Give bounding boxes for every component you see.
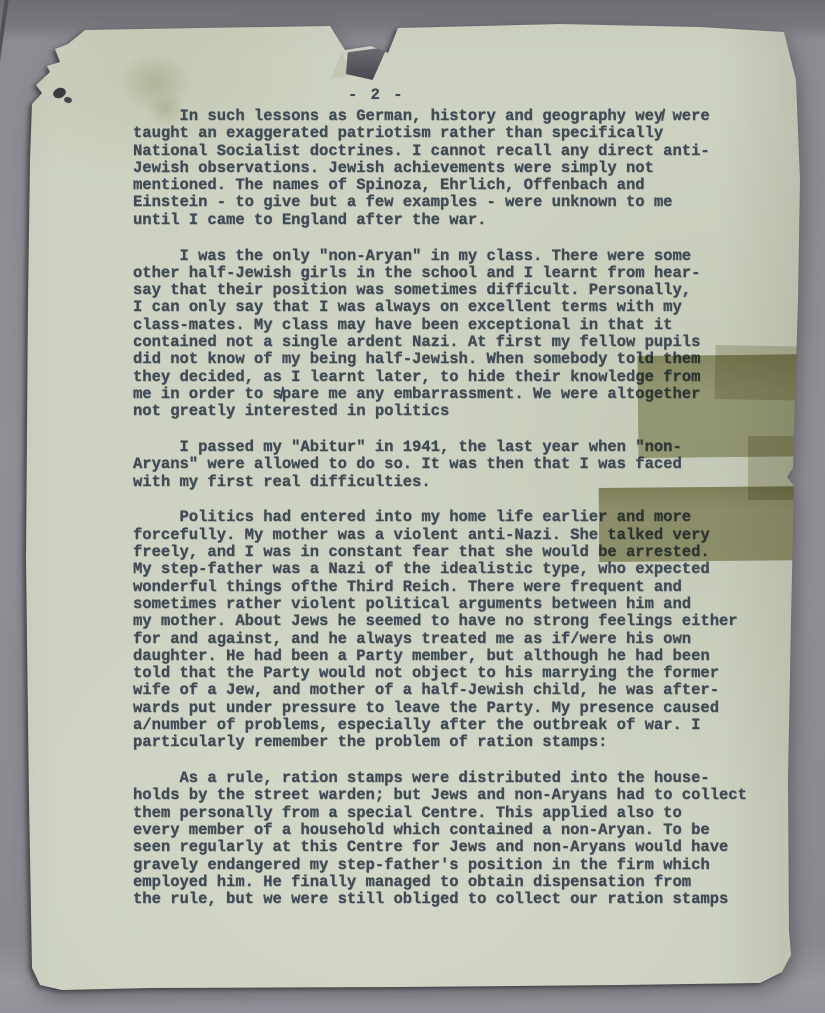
corner-tear-hole [63,96,72,104]
paper-sheet: - 2 - In such lessons as German, history… [0,0,825,1013]
paragraph-abitur-1941: I passed my "Abitur" in 1941, the last y… [133,439,807,491]
paragraph-home-politics: Politics had entered into my home life e… [133,509,807,751]
typewritten-body: In such lessons as German, history and g… [133,108,807,927]
page-number: - 2 - [348,86,405,104]
stain-mark [118,52,193,114]
top-center-tear-icon [346,47,389,80]
document-page: - 2 - In such lessons as German, history… [0,0,825,1013]
paragraph-ration-stamps: As a rule, ration stamps were distribute… [133,770,807,908]
photo-backdrop: - 2 - In such lessons as German, history… [0,0,825,1013]
paragraph-only-non-aryan: I was the only "non-Aryan" in my class. … [133,248,807,421]
paragraph-school-lessons: In such lessons as German, history and g… [133,108,807,229]
